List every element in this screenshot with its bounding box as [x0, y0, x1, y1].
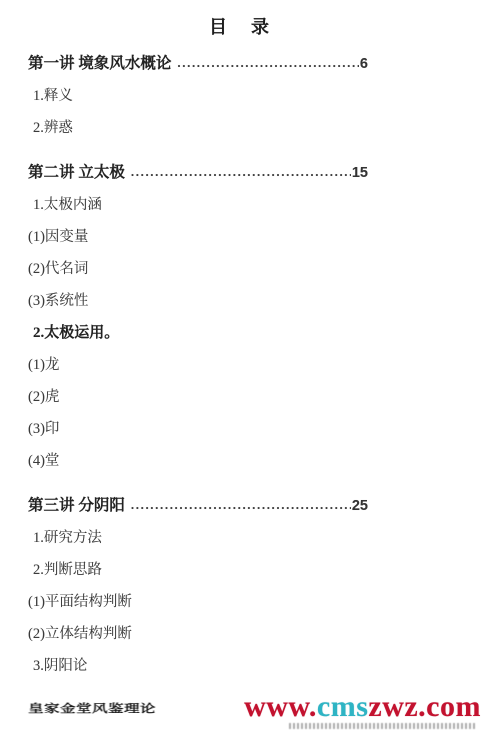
site-watermark: www.cmszwz.com [244, 692, 481, 722]
page-title: 目 录 [0, 0, 481, 39]
chapter-label: 第三讲 分阴阳 [28, 497, 131, 515]
toc-item: (2)虎 [0, 388, 481, 406]
watermark-prefix: www. [244, 690, 317, 723]
toc-item: (3)系统性 [0, 292, 481, 310]
toc-item: 1.释义 [0, 87, 481, 105]
toc-item: 2.辨惑 [0, 119, 481, 137]
toc-chapter-2: 第二讲 立太极 ................................… [28, 164, 368, 182]
blurred-caption-strip [289, 723, 475, 729]
toc-chapter-1: 第一讲 境象风水概论 .............................… [28, 55, 368, 73]
toc-item: 1.太极内涵 [0, 196, 481, 214]
toc-item: 3.阴阳论 [0, 657, 481, 675]
page-number: 6 [359, 55, 368, 73]
page-number: 25 [351, 497, 368, 515]
toc-item: 1.研究方法 [0, 529, 481, 547]
toc-item: (3)印 [0, 420, 481, 438]
chapter-label: 第一讲 境象风水概论 [28, 55, 177, 73]
toc-item: 2.判断思路 [0, 561, 481, 579]
toc-item: (1)平面结构判断 [0, 593, 481, 611]
toc-page: 目 录 第一讲 境象风水概论 .........................… [0, 0, 481, 732]
toc-chapter-3: 第三讲 分阴阳 ................................… [28, 497, 368, 515]
dot-leader: ........................................… [177, 54, 359, 72]
toc-item: (1)因变量 [0, 228, 481, 246]
watermark-highlight: cms [317, 690, 368, 723]
toc-item-bold: 2.太极运用。 [0, 324, 481, 342]
dot-leader: ........................................… [131, 163, 351, 181]
toc-item: (1)龙 [0, 356, 481, 374]
toc-item: (2)代名词 [0, 260, 481, 278]
page-number: 15 [351, 164, 368, 182]
stamp-watermark: 皇家金堂风鉴理论 [28, 700, 156, 716]
dot-leader: ........................................… [131, 496, 351, 514]
toc-item: (4)堂 [0, 452, 481, 470]
chapter-label: 第二讲 立太极 [28, 164, 131, 182]
toc-item: (2)立体结构判断 [0, 625, 481, 643]
watermark-suffix: zwz.com [368, 690, 481, 723]
